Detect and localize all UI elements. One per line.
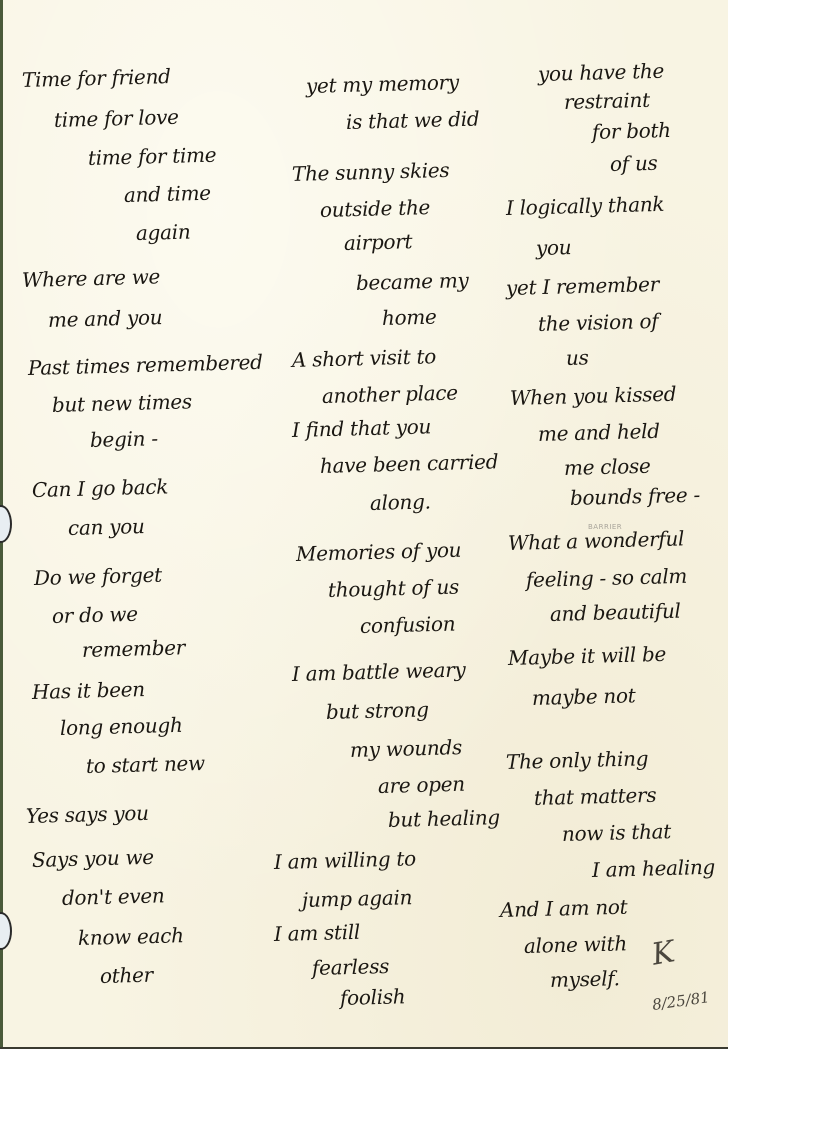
poem-line: begin - xyxy=(90,426,158,452)
poem-line: I logically thank xyxy=(506,192,665,220)
poem-line: restraint xyxy=(564,88,650,114)
poem-line: The only thing xyxy=(506,746,649,774)
poem-line: jump again xyxy=(302,885,413,912)
poem-line: for both xyxy=(592,118,671,144)
poem-line: can you xyxy=(68,514,145,540)
poem-line: Where are we xyxy=(22,264,161,292)
signature-date: 8/25/81 xyxy=(651,988,711,1014)
poem-line: I am willing to xyxy=(274,846,416,874)
poem-line: yet I remember xyxy=(506,272,660,300)
poem-line: but strong xyxy=(326,697,429,724)
paper-sheet: Time for friendtime for lovetime for tim… xyxy=(0,0,728,1049)
poem-line: Has it been xyxy=(32,677,145,704)
poem-line: became my xyxy=(356,268,469,295)
signature-initial: K xyxy=(649,934,677,972)
poem-line: time for love xyxy=(54,105,179,132)
poem-line: remember xyxy=(82,635,186,662)
poem-line: yet my memory xyxy=(306,70,459,98)
poem-line: the vision of xyxy=(538,309,659,336)
poem-line: The sunny skies xyxy=(292,158,450,186)
poem-line: and time xyxy=(124,181,211,207)
poem-line: alone with xyxy=(524,931,627,958)
poem-line: Past times remembered xyxy=(28,350,263,380)
poem-line: I am battle weary xyxy=(292,657,466,686)
poem-line: feeling - so calm xyxy=(526,564,688,592)
poem-line: Can I go back xyxy=(32,474,169,502)
poem-line: that matters xyxy=(534,783,657,810)
poem-line: other xyxy=(100,963,153,988)
poem-line: Yes says you xyxy=(26,801,149,828)
poem-line: us xyxy=(566,345,589,370)
poem-line: you xyxy=(536,235,572,260)
poem-line: are open xyxy=(378,772,465,798)
poem-line: Memories of you xyxy=(296,538,462,566)
punch-hole xyxy=(0,505,12,543)
poem-line: myself. xyxy=(550,966,620,992)
poem-line: along. xyxy=(370,489,431,515)
poem-line: Do we forget xyxy=(34,563,162,590)
poem-line: Time for friend xyxy=(22,64,171,92)
poem-line: don't even xyxy=(62,883,165,910)
punch-hole xyxy=(0,912,12,950)
poem-line: fearless xyxy=(312,954,390,980)
poem-line: have been carried xyxy=(320,449,499,478)
poem-line: thought of us xyxy=(328,575,460,602)
poem-line: you have the xyxy=(538,59,665,86)
poem-line: Says you we xyxy=(32,845,154,872)
scanned-page: Time for friendtime for lovetime for tim… xyxy=(0,0,816,1123)
poem-line: A short visit to xyxy=(292,344,437,372)
poem-line: another place xyxy=(322,380,458,408)
pencil-annotation: BARRIER xyxy=(588,523,622,531)
poem-line: me and held xyxy=(538,419,660,446)
poem-line: foolish xyxy=(340,984,406,1010)
poem-line: me close xyxy=(564,454,651,480)
poem-line: of us xyxy=(610,151,658,176)
poem-line: long enough xyxy=(60,713,183,740)
poem-line: now is that xyxy=(562,819,672,846)
poem-line: but new times xyxy=(52,389,192,417)
poem-line: to start new xyxy=(86,751,205,778)
poem-line: my wounds xyxy=(350,735,463,762)
poem-line: again xyxy=(136,220,191,245)
poem-line: outside the xyxy=(320,195,431,222)
poem-line: confusion xyxy=(360,612,456,638)
poem-line: bounds free - xyxy=(570,483,700,510)
poem-line: airport xyxy=(344,229,413,255)
poem-line: I find that you xyxy=(292,414,432,442)
poem-line: I am healing xyxy=(592,855,716,882)
poem-line: but healing xyxy=(388,805,500,832)
poem-line: and beautiful xyxy=(550,599,681,626)
poem-line: home xyxy=(382,305,437,330)
poem-line: I am still xyxy=(274,920,361,946)
poem-line: Maybe it will be xyxy=(508,642,667,670)
poem-line: is that we did xyxy=(346,107,480,134)
poem-line: maybe not xyxy=(532,683,636,710)
poem-line: know each xyxy=(78,923,184,950)
poem-line: And I am not xyxy=(500,895,628,922)
poem-line: or do we xyxy=(52,602,138,628)
poem-line: time for time xyxy=(88,143,217,170)
poem-line: me and you xyxy=(48,305,163,332)
poem-line: When you kissed xyxy=(510,382,677,410)
